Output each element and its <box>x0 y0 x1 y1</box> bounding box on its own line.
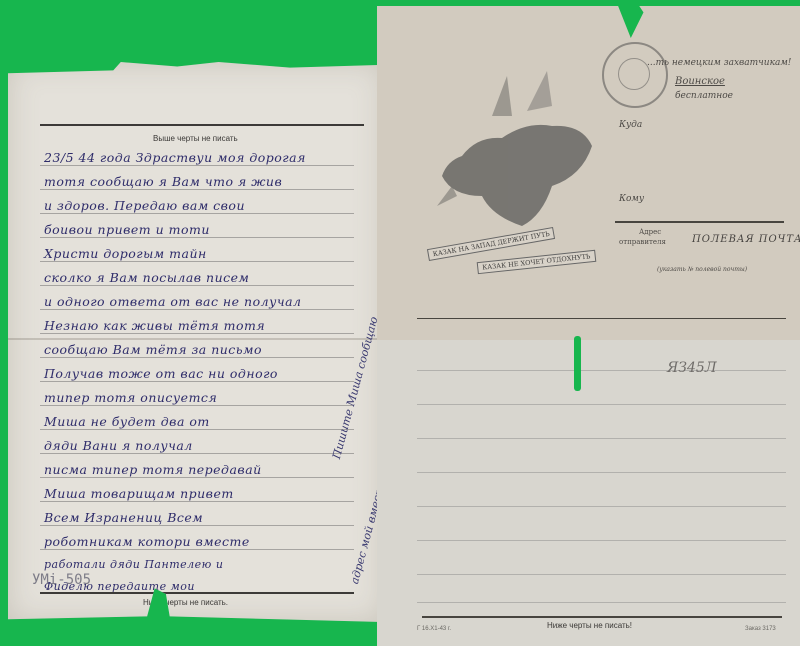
print-code-left: Г 16.Х1-43 г. <box>417 626 451 632</box>
handwritten-line: писма типер тотя передавай <box>44 462 262 477</box>
bottom-rule <box>422 616 782 618</box>
print-code-right: Заказ 3173 <box>745 626 776 632</box>
handwritten-line: сколко я Вам посылав писем <box>44 270 249 285</box>
handwritten-line: Незнаю как живы тётя тотя <box>44 318 265 333</box>
footer-note: Ниже черты не писать. <box>143 598 228 607</box>
archive-mark: УМі-505 <box>32 572 91 588</box>
envelope-rule <box>615 221 784 223</box>
pencil-number: ЯЗ45Л <box>667 360 717 376</box>
to-label: Куда <box>619 120 642 130</box>
postage-sublabel: бесплатное <box>675 91 733 101</box>
handwritten-line: Миша товарищам привет <box>44 486 234 501</box>
paper-tear <box>574 336 581 391</box>
handwritten-line: и здоров. Передаю вам свои <box>44 198 245 213</box>
handwritten-line: работали дяди Пантелею и <box>44 558 223 571</box>
field-post-label: ПОЛЕВАЯ ПОЧТА <box>692 234 800 245</box>
top-rule <box>40 124 364 126</box>
banner-bottom: КАЗАК НЕ ХОЧЕТ ОТДОХНУТЬ <box>477 250 596 274</box>
envelope-slogan: ...ть немецким захватчикам! <box>647 58 791 68</box>
handwritten-line: дяди Вани я получал <box>44 438 193 453</box>
header-note: Выше черты не писать <box>153 134 238 143</box>
handwritten-line: боивои привет и тоти <box>44 222 210 237</box>
handwritten-line: роботникам котори вместе <box>44 534 250 549</box>
margin-note: Пишите Миша сообщаю <box>330 315 381 460</box>
sender-label-1: Адрес <box>639 228 661 236</box>
handwritten-letter: Выше черты не писать 23/5 44 года Здраст… <box>8 62 384 622</box>
handwritten-line: 23/5 44 года Здраствуи моя дорогая <box>44 150 306 165</box>
handwritten-line: Всем Изранениц Всем <box>44 510 203 525</box>
footer-note: Ниже черты не писать! <box>547 621 632 630</box>
handwritten-line: типер тотя описуется <box>44 390 217 405</box>
handwritten-line: Христи дорогым тайн <box>44 246 207 261</box>
bottom-rule <box>40 592 354 594</box>
sender-label-2: отправителя <box>619 238 666 246</box>
handwritten-line: Миша не будет два от <box>44 414 210 429</box>
postmark-icon <box>602 42 668 108</box>
handwritten-line: Получав тоже от вас ни одного <box>44 366 278 381</box>
postage-label: Воинское <box>675 76 725 87</box>
handwritten-line: сообщаю Вам тётя за письмо <box>44 342 262 357</box>
field-post-sublabel: (указать № полевой почты) <box>657 266 747 273</box>
cossack-illustration-icon <box>432 66 607 236</box>
field-post-envelope: ...ть немецким захватчикам! Воинское бес… <box>377 6 800 646</box>
letter-lower-sheet: ЯЗ45Л Ниже черты не писать! Г 16.Х1-43 г… <box>377 340 800 646</box>
handwritten-line: и одного ответа от вас не получал <box>44 294 302 309</box>
handwritten-line: тотя сообщаю я Вам что я жив <box>44 174 282 189</box>
recipient-label: Кому <box>619 194 644 204</box>
fold-line <box>8 338 384 340</box>
